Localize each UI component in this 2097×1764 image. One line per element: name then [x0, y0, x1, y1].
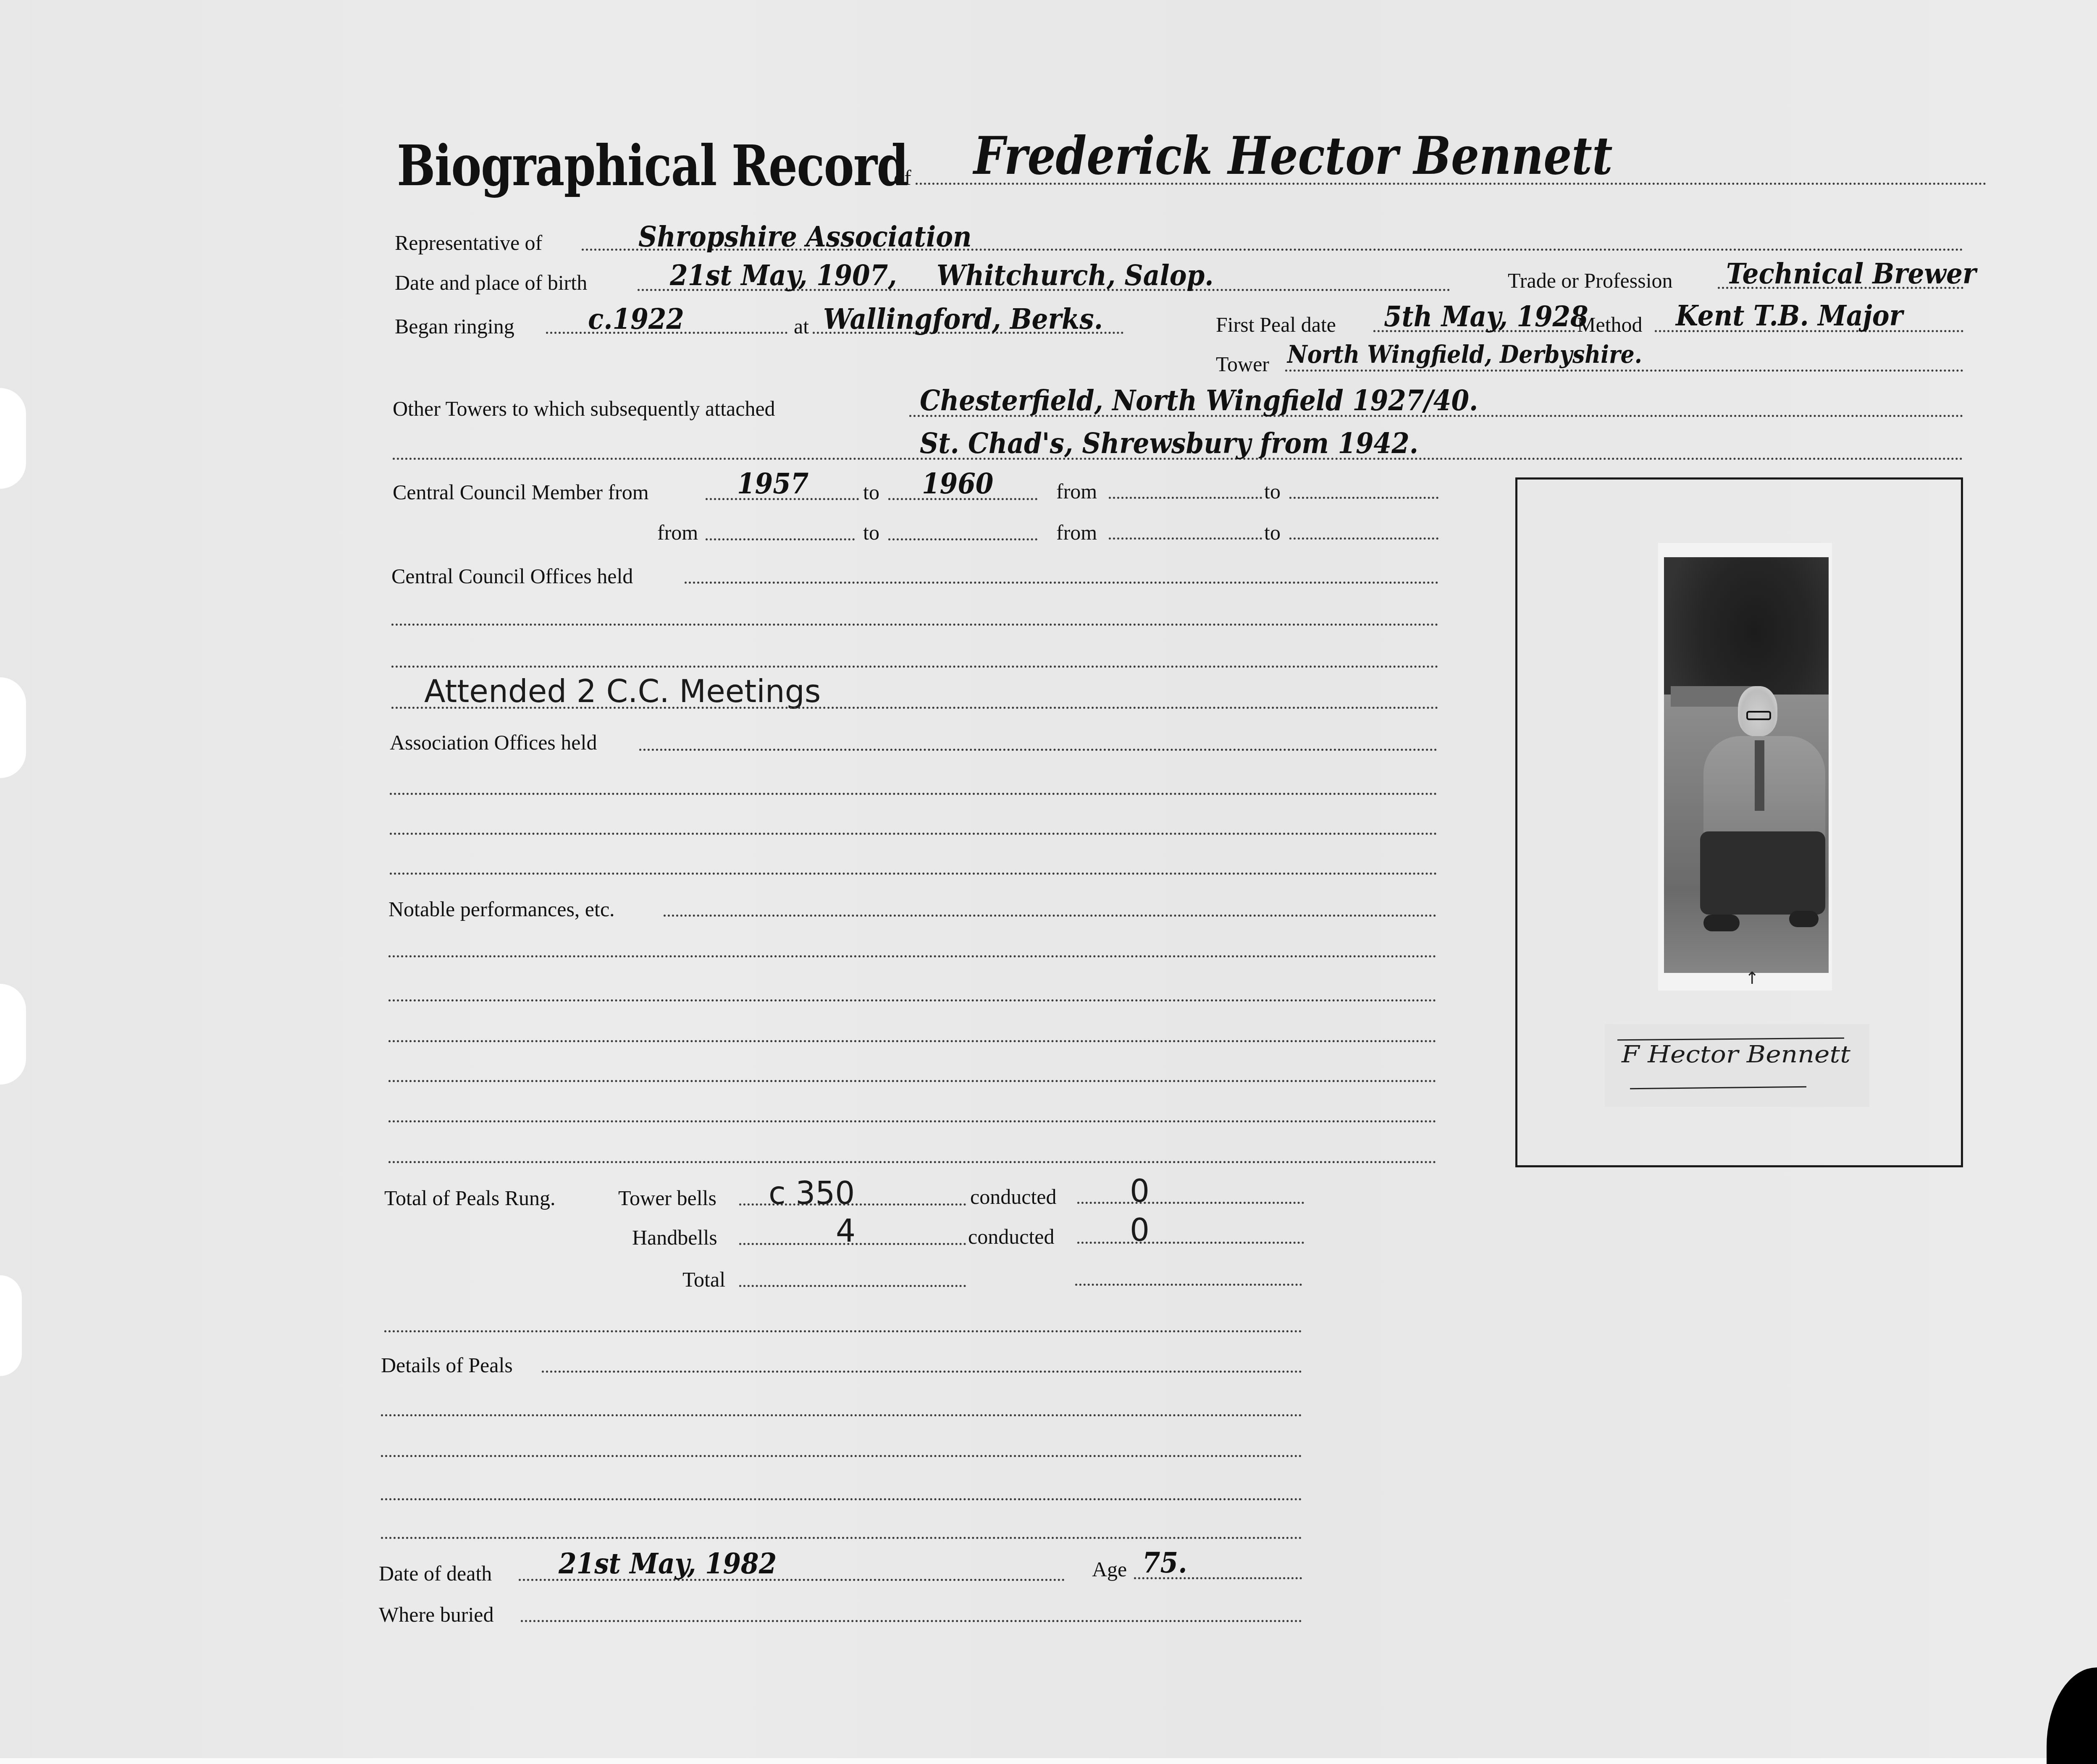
label-assoc-offices: Association Offices held: [390, 732, 597, 753]
tower-conducted-line: [1077, 1202, 1304, 1204]
total-conducted-line: [1075, 1284, 1302, 1286]
value-hand-conducted: 0: [1130, 1215, 1150, 1246]
cc-offices-line-3: [391, 666, 1438, 668]
value-representative: Shropshire Association: [638, 223, 971, 251]
photo-man-tie: [1755, 740, 1765, 811]
notable-line-6: [388, 1120, 1436, 1122]
assoc-offices-line-4: [390, 873, 1437, 875]
label-where-buried: Where buried: [379, 1604, 493, 1625]
value-tower: North Wingfield, Derbyshire.: [1287, 342, 1642, 367]
value-tower-bells: c 350: [769, 1178, 855, 1209]
details-line-3: [381, 1455, 1302, 1457]
binder-hole: [0, 984, 26, 1085]
page-corner-curl: [2047, 1667, 2097, 1764]
notable-line-3: [388, 999, 1436, 1001]
label-cc-to-3: to: [863, 522, 879, 543]
value-trade: Technical Brewer: [1726, 259, 1976, 288]
label-details-of-peals: Details of Peals: [381, 1355, 513, 1376]
cc-to-2-line: [1289, 497, 1438, 499]
photo-man-glasses: [1746, 711, 1771, 720]
label-representative: Representative of: [395, 232, 542, 253]
label-tower-bells: Tower bells: [618, 1187, 716, 1208]
value-first-peal-date: 5th May, 1928: [1384, 302, 1588, 331]
where-buried-line: [521, 1620, 1302, 1622]
label-age: Age: [1092, 1559, 1127, 1580]
label-method: Method: [1577, 314, 1643, 335]
label-date-of-death: Date of death: [379, 1563, 492, 1584]
value-date-of-death: 21st May, 1982: [559, 1549, 777, 1578]
value-handbells: 4: [836, 1216, 856, 1247]
value-age: 75.: [1142, 1549, 1187, 1577]
form-title: Biographical Record: [397, 134, 908, 199]
label-notable: Notable performances, etc.: [388, 899, 615, 920]
label-other-towers: Other Towers to which subsequently attac…: [393, 398, 775, 419]
label-cc-to-4: to: [1264, 522, 1281, 543]
label-first-peal: First Peal date: [1216, 314, 1336, 335]
label-trade: Trade or Profession: [1508, 270, 1673, 291]
label-cc-to-1: to: [863, 482, 879, 503]
binder-hole: [0, 388, 26, 489]
value-tower-conducted: 0: [1130, 1176, 1150, 1207]
label-total-peals: Total of Peals Rung.: [384, 1187, 556, 1208]
signature-underline: [1630, 1086, 1806, 1089]
details-line-5: [381, 1537, 1302, 1539]
details-line-4: [381, 1498, 1302, 1500]
photo-man-legs: [1700, 831, 1825, 915]
subject-name: Frederick Hector Bennett: [974, 130, 1613, 182]
cc-from-4-line: [1109, 537, 1262, 540]
photo-man-shoe: [1703, 915, 1740, 931]
binder-hole: [0, 677, 26, 778]
value-birth-place: Whitchurch, Salop.: [937, 261, 1214, 290]
notable-line-2: [388, 955, 1436, 957]
assoc-offices-line-1: [639, 749, 1437, 751]
notable-line-5: [388, 1080, 1436, 1082]
value-method: Kent T.B. Major: [1676, 301, 1903, 330]
notable-line-7: [388, 1161, 1436, 1163]
value-began-year: c.1922: [588, 305, 684, 333]
portrait-image: [1664, 557, 1829, 973]
cc-offices-line-1: [685, 582, 1438, 584]
label-tower-conducted: conducted: [970, 1186, 1056, 1207]
signature: F Hector Bennett: [1622, 1041, 1850, 1068]
photo-man-shoe: [1789, 911, 1819, 928]
label-cc-from-3: from: [657, 522, 698, 543]
details-line-1: [542, 1371, 1302, 1373]
binder-hole: [0, 1275, 22, 1376]
hand-conducted-line: [1077, 1242, 1304, 1244]
label-total: Total: [682, 1269, 725, 1290]
cc-offices-line-2: [391, 624, 1438, 626]
signature-slip: F Hector Bennett: [1605, 1024, 1869, 1107]
scan-edge: [0, 1758, 2097, 1764]
cc-to-4-line: [1289, 537, 1438, 540]
total-line: [739, 1285, 966, 1287]
value-cc-to-1: 1960: [922, 469, 993, 498]
value-began-at: Wallingford, Berks.: [823, 305, 1103, 333]
assoc-offices-line-3: [390, 833, 1437, 835]
label-cc-from-2: from: [1056, 481, 1097, 502]
form-title-of: of: [894, 167, 911, 188]
label-birth: Date and place of birth: [395, 272, 587, 293]
value-birth-date: 21st May, 1907,: [670, 261, 897, 290]
value-other-towers-1: Chesterfield, North Wingfield 1927/40.: [920, 386, 1478, 415]
value-other-towers-2: St. Chad's, Shrewsbury from 1942.: [920, 429, 1418, 458]
value-cc-from-1: 1957: [737, 469, 808, 498]
details-line-2: [381, 1414, 1302, 1416]
label-cc-from-4: from: [1056, 522, 1097, 543]
photo-arrow-mark-icon: ↑: [1745, 969, 1759, 988]
label-hand-conducted: conducted: [968, 1226, 1054, 1247]
notable-line-4: [388, 1040, 1436, 1042]
totals-separator-line: [384, 1330, 1302, 1332]
signature-underline: [1617, 1038, 1844, 1041]
label-cc-offices: Central Council Offices held: [391, 566, 633, 587]
cc-from-2-line: [1109, 497, 1262, 499]
label-cc-member-from: Central Council Member from: [393, 482, 649, 503]
label-tower: Tower: [1216, 354, 1269, 375]
document-page: Biographical Record of Frederick Hector …: [0, 0, 2097, 1764]
label-cc-to-2: to: [1264, 481, 1281, 502]
label-handbells: Handbells: [632, 1227, 717, 1248]
notable-line-1: [664, 915, 1436, 917]
label-at: at: [794, 316, 809, 337]
value-cc-note: Attended 2 C.C. Meetings: [424, 676, 821, 707]
cc-note-line: [391, 707, 1438, 709]
tower-line: [1285, 370, 1963, 372]
assoc-offices-line-2: [390, 793, 1437, 795]
cc-from-3-line: [706, 538, 855, 540]
label-began: Began ringing: [395, 316, 514, 337]
cc-to-3-line: [888, 538, 1037, 540]
portrait-photo: ↑: [1658, 543, 1832, 991]
